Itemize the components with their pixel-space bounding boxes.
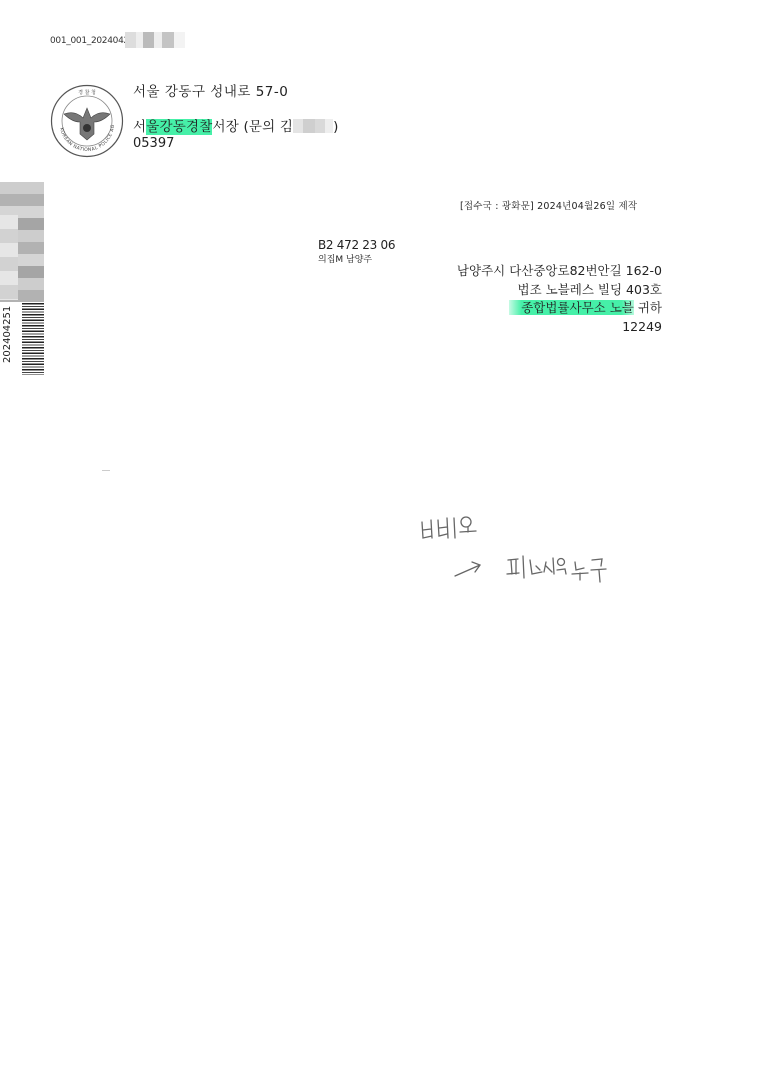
recipient-zip: 12249 — [457, 318, 662, 337]
barcode — [22, 303, 44, 375]
handwritten-note — [420, 510, 620, 600]
recipient-address-line1: 남양주시 다산중앙로82번안길 162-0 — [457, 262, 662, 281]
sender-zip: 05397 — [133, 136, 174, 151]
redacted-contact — [293, 119, 333, 133]
receipt-info: [접수국 : 광화문] 2024년04월26일 제작 — [460, 198, 637, 212]
police-seal-icon: 경 찰 청 KOREAN NATIONAL POLICE AGENCY — [50, 84, 124, 158]
recipient-name-line: 종합법률사무소 노블 귀하 — [457, 299, 662, 318]
barcode-number: 202404251 — [2, 305, 16, 365]
recipient-address-line2: 법조 노블레스 빌딩 403호 — [457, 281, 662, 300]
recipient-honorific: 귀하 — [638, 300, 662, 315]
sender-organization: 서울강동경찰서장 (문의 김) — [133, 115, 339, 135]
sender-org-highlight: 울강동경찰 — [146, 119, 212, 135]
registration-number: B2 472 23 06 — [318, 238, 395, 252]
redacted-code-light — [0, 215, 18, 300]
barcode-number-text: 202404251 — [2, 306, 13, 363]
sender-org-prefix: 서 — [133, 119, 146, 135]
scan-speck — [102, 470, 110, 471]
svg-text:경 찰 청: 경 찰 청 — [78, 89, 96, 96]
recipient-block: 남양주시 다산중앙로82번안길 162-0 법조 노블레스 빌딩 403호 종합… — [457, 262, 662, 336]
sender-org-suffix: 서장 (문의 — [212, 119, 279, 135]
redacted-file-suffix — [125, 32, 185, 48]
sender-address: 서울 강동구 성내로 57-0 — [133, 80, 288, 100]
recipient-name: 종합법률사무소 노블 — [509, 300, 634, 315]
registration-sub: 의집M 남양주 — [318, 252, 372, 265]
sender-contact-partial: 김 — [280, 119, 293, 135]
